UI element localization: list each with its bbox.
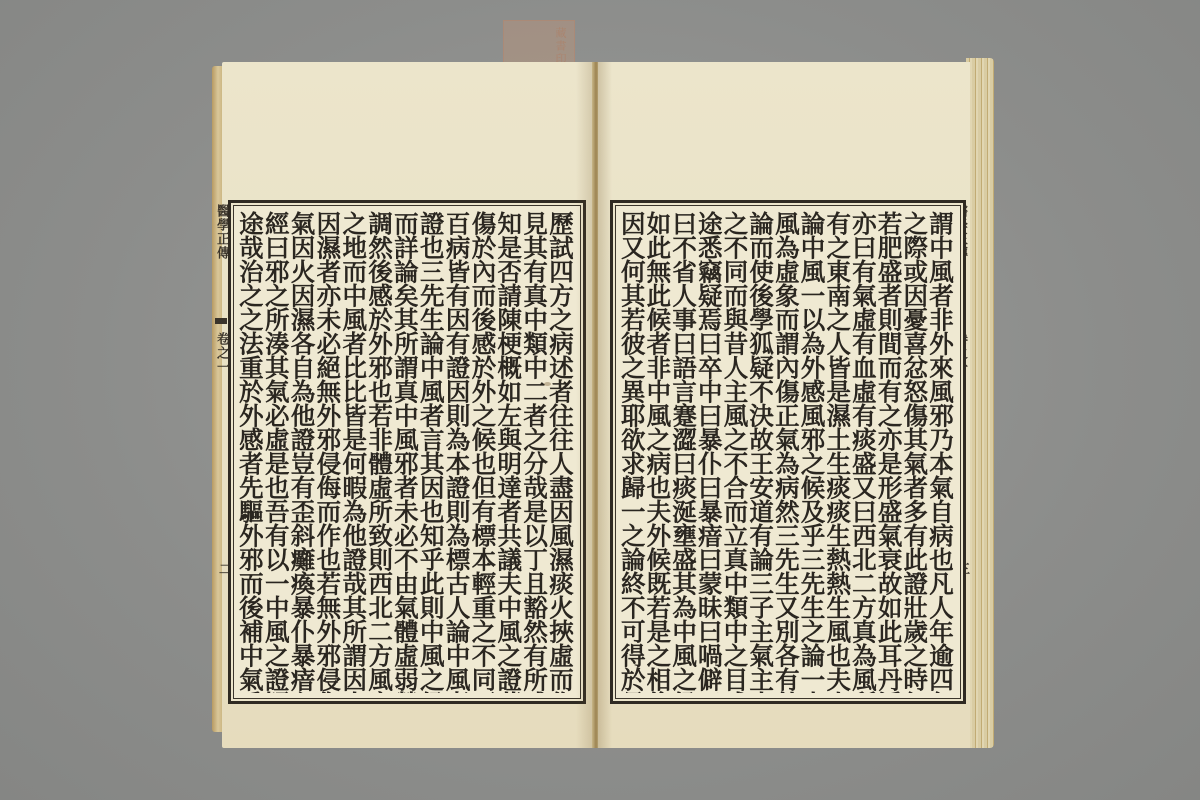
text-column: 之地而中風者比比皆是何暇為他證哉其所謂因火因氣 — [342, 211, 368, 693]
text-column: 曰不省人事曰語言蹇澀曰痰涎壅盛其為中風之候不過 — [672, 211, 698, 693]
text-column: 因又何其若彼之異耶欲求歸一之論終不可得於是積年 — [621, 211, 647, 693]
text-column: 百病皆有因有證因則為本證則為標古人論中風者言其 — [446, 211, 472, 693]
right-text-frame: 謂中風者非外來風邪乃本氣自病也凡人年逾四旬氣衰 之際或因憂喜忿怒傷其氣者多有此證… — [610, 200, 966, 704]
text-column: 風為虛象而謂內傷正氣為病然三先生又別各有外感之 — [775, 211, 801, 693]
text-column: 傷於內而後感於外之候也但有標本輕重之不同耳假如 — [472, 211, 498, 693]
fish-tail-mark — [215, 318, 227, 324]
text-column: 論中風一以為外感風邪之候及乎三先生之論一出皆以 — [801, 211, 827, 693]
paper-stain — [544, 382, 551, 386]
text-column: 氣因火因濕各自為他證豈有歪斜癱瘓暴仆暴瘖之候乎 — [291, 211, 317, 693]
text-column: 之不同而與昔人主風之不合而立真中類中之目或為二 — [724, 211, 750, 693]
right-page: 醫學正傳 卷之一 三 謂中風者非外來風邪乃本氣自病也凡人年逾四旬氣衰 之際或因憂… — [598, 62, 970, 748]
left-text-columns: 歷試四方之病述者往往人盡因風濕痰火挾虛而作何常 見其有真中類中二者之分哉是以丁且… — [239, 211, 575, 693]
text-column: 見其有真中類中二者之分哉是以丁且豁然有所感悟未 — [523, 211, 549, 693]
text-column: 謂中風者非外來風邪乃本氣自病也凡人年逾四旬氣衰 — [929, 211, 955, 693]
left-page: 醫學正傳 卷之一 二 歷試四方之病述者往往人盡因風濕痰火挾虛而作何常 見其有真中… — [222, 62, 594, 748]
text-column: 如此無此候者非中風之病也夫外候既若是之相侔而病 — [647, 211, 673, 693]
text-column: 途哉治之之法重於外感者先驅外邪而後補中氣重於內 — [239, 211, 265, 693]
left-text-frame: 歷試四方之病述者往往人盡因風濕痰火挾虛而作何常 見其有真中類中二者之分哉是以丁且… — [228, 200, 586, 704]
text-column: 調然後感於外邪也若非體虛所致則西北二方風寒大盛 — [368, 211, 394, 693]
text-column: 因濕者亦未必絕無外邪侵侮而作也若無外邪侵侮則因 — [317, 211, 343, 693]
right-page-stack-edge — [966, 58, 994, 748]
text-column: 有之東南之人皆是濕土生痰痰生熱熱生風也夫上古之 — [827, 211, 853, 693]
text-column: 經曰邪之所湊其氣必虛是也吾有以一中風之證疑為二 — [265, 211, 291, 693]
text-column: 證也三先生論中風者言其因也知乎此則中風之候可得 — [420, 211, 446, 693]
text-column: 而詳論矣其所謂真中風邪者未必不由氣體虛弱榮衛失 — [394, 211, 420, 693]
right-text-columns: 謂中風者非外來風邪乃本氣自病也凡人年逾四旬氣衰 之際或因憂喜忿怒傷其氣者多有此證… — [621, 211, 955, 693]
text-column: 歷試四方之病述者往往人盡因風濕痰火挾虛而作何常 — [549, 211, 575, 693]
text-column: 知是否請陳梗概如左與明達者共議夫中風之證蓋因先 — [497, 211, 523, 693]
text-column: 之際或因憂喜忿怒傷其氣者多有此證壯歲之時無有也 — [904, 211, 930, 693]
text-column: 途悉竊疑焉曰卒中曰暴仆曰暴瘖曰蒙昧曰喎僻曰癱瘓 — [698, 211, 724, 693]
text-column: 若肥盛者則間而有之亦是形盛氣衰故如此耳丹溪先生 — [878, 211, 904, 693]
text-column: 亦曰有氣虛有血虛有痰盛又曰西北二方真為風所中者 — [852, 211, 878, 693]
text-column: 論而使後學狐疑不決故王安道有論三子主氣主火主濕 — [749, 211, 775, 693]
